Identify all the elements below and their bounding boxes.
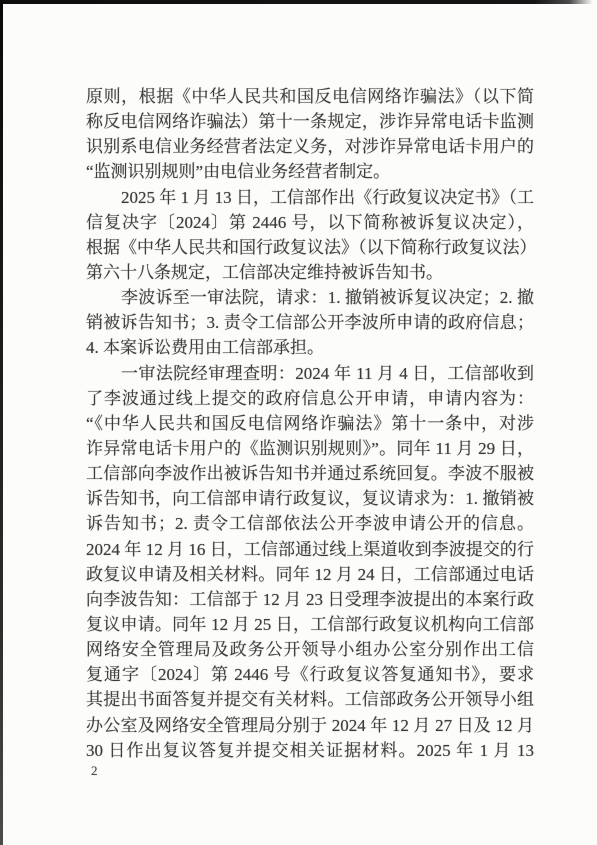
text-line: 李波诉至一审法院，请求：1. 撤销被诉复议决定；2. 撤 — [86, 285, 534, 310]
text-line: 根据《中华人民共和国行政复议法》（以下简称行政复议法） — [86, 235, 534, 260]
text-line: 一审法院经审理查明：2024 年 11 月 4 日，工信部收到 — [86, 361, 534, 386]
document-body: 原则，根据《中华人民共和国反电信网络诈骗法》（以下简称反电信网络诈骗法）第十一条… — [86, 84, 534, 763]
text-line: 办公室及网络安全管理局分别于 2024 年 12 月 27 日及 12 月 — [86, 713, 534, 738]
text-line: 原则，根据《中华人民共和国反电信网络诈骗法》（以下简 — [86, 84, 534, 109]
text-line: 2024 年 12 月 16 日，工信部通过线上渠道收到李波提交的行 — [86, 537, 534, 562]
text-line: 诈异常电话卡用户的《监测识别规则》”。同年 11 月 29 日， — [86, 436, 534, 461]
scan-artifact-left-line — [0, 0, 3, 845]
text-line: 2025 年 1 月 13 日，工信部作出《行政复议决定书》（工 — [86, 185, 534, 210]
text-line: 向李波告知：工信部于 12 月 23 日受理李波提出的本案行政 — [86, 587, 534, 612]
scan-artifact-top-bar — [0, 0, 593, 4]
text-line: 信复决字〔2024〕第 2446 号，以下简称被诉复议决定）， — [86, 210, 534, 235]
text-line: “监测识别规则”由电信业务经营者制定。 — [86, 159, 534, 184]
text-line: 网络安全管理局及政务公开领导小组办公室分别作出工信 — [86, 637, 534, 662]
text-line: 工信部向李波作出被诉告知书并通过系统回复。李波不服被 — [86, 461, 534, 486]
text-line: 30 日作出复议答复并提交相关证据材料。2025 年 1 月 13 日， — [86, 738, 534, 763]
scanned-document-page: 原则，根据《中华人民共和国反电信网络诈骗法》（以下简称反电信网络诈骗法）第十一条… — [0, 0, 598, 845]
text-line: 政复议申请及相关材料。同年 12 月 24 日，工信部通过电话 — [86, 562, 534, 587]
text-line: 4. 本案诉讼费用由工信部承担。 — [86, 335, 534, 360]
text-line: 复议申请。同年 12 月 25 日，工信部行政复议机构向工信部 — [86, 612, 534, 637]
text-line: 称反电信网络诈骗法）第十一条规定，涉诈异常电话卡监测 — [86, 109, 534, 134]
text-line: 诉告知书；2. 责令工信部依法公开李波申请公开的信息。 — [86, 511, 534, 536]
text-line: 其提出书面答复并提交有关材料。工信部政务公开领导小组 — [86, 687, 534, 712]
text-line: 了李波通过线上提交的政府信息公开申请，申请内容为： — [86, 386, 534, 411]
text-line: 复通字〔2024〕第 2446 号《行政复议答复通知书》，要求 — [86, 662, 534, 687]
text-line: “《中华人民共和国反电信网络诈骗法》第十一条中，对涉 — [86, 411, 534, 436]
text-line: 销被诉告知书；3. 责令工信部公开李波所申请的政府信息； — [86, 310, 534, 335]
text-line: 诉告知书，向工信部申请行政复议，复议请求为：1. 撤销被 — [86, 486, 534, 511]
text-line: 识别系电信业务经营者法定义务，对涉诈异常电话卡用户的 — [86, 134, 534, 159]
page-number: 2 — [91, 763, 98, 779]
text-line: 第六十八条规定，工信部决定维持被诉告知书。 — [86, 260, 534, 285]
